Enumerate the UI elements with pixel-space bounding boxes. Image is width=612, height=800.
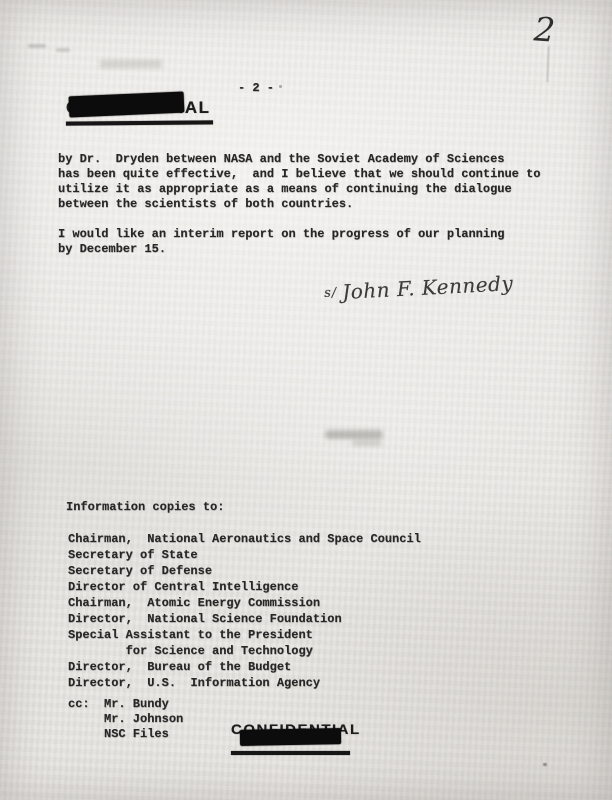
paper-smudge <box>352 440 382 446</box>
paper-speck <box>543 763 547 766</box>
cc-line: NSC Files <box>68 727 183 742</box>
recipient-line: Chairman, Atomic Energy Commission <box>68 595 421 611</box>
body-text-line: has been quite effective, and I believe … <box>58 167 540 182</box>
confidential-stamp-top: CONFIDENTIAL <box>66 98 216 130</box>
cc-line: Mr. Johnson <box>68 712 183 727</box>
recipient-line: Director, Bureau of the Budget <box>68 659 421 675</box>
recipient-line: Director, National Science Foundation <box>68 611 421 627</box>
body-text-line: I would like an interim report on the pr… <box>58 227 504 242</box>
paper-smudge <box>28 44 46 48</box>
confidential-stamp-bottom: CONFIDENTIAL <box>231 721 353 757</box>
signature-prefix: s/ <box>324 285 338 301</box>
recipient-line: Director of Central Intelligence <box>68 579 421 595</box>
info-copies-heading: Information copies to: <box>66 500 224 515</box>
pen-crease-mark <box>546 46 549 82</box>
recipient-line: Director, U.S. Information Agency <box>68 675 421 691</box>
body-paragraph-2: I would like an interim report on the pr… <box>58 227 504 257</box>
info-copies-list: Chairman, National Aeronautics and Space… <box>68 531 421 691</box>
scanned-memo-page: 2 - 2 - CONFIDENTIAL by Dr. Dryden betwe… <box>0 0 612 800</box>
handwritten-page-number: 2 <box>533 9 557 49</box>
redaction-bar <box>240 728 341 746</box>
typed-page-number: - 2 - <box>238 81 274 96</box>
recipient-line: for Science and Technology <box>68 643 421 659</box>
signature: s/ John F. Kennedy <box>324 271 515 305</box>
paper-smudge <box>56 48 70 52</box>
cc-list: cc: Mr. Bundy Mr. Johnson NSC Files <box>68 697 183 742</box>
body-text-line: by December 15. <box>58 242 504 257</box>
signature-name: John F. Kennedy <box>342 271 514 304</box>
stamp-underline <box>231 751 350 755</box>
body-text-line: by Dr. Dryden between NASA and the Sovie… <box>58 152 540 167</box>
stamp-underline <box>66 120 213 125</box>
recipient-line: Secretary of Defense <box>68 563 421 579</box>
paper-speck <box>279 85 282 88</box>
paper-smudge <box>100 60 162 68</box>
body-paragraph-1: by Dr. Dryden between NASA and the Sovie… <box>58 152 540 212</box>
recipient-line: Secretary of State <box>68 547 421 563</box>
paper-smudge <box>325 430 383 439</box>
body-text-line: between the scientists of both countries… <box>58 197 540 212</box>
recipient-line: Chairman, National Aeronautics and Space… <box>68 531 421 547</box>
recipient-line: Special Assistant to the President <box>68 627 421 643</box>
cc-line: cc: Mr. Bundy <box>68 697 183 712</box>
body-text-line: utilize it as appropriate as a means of … <box>58 182 540 197</box>
